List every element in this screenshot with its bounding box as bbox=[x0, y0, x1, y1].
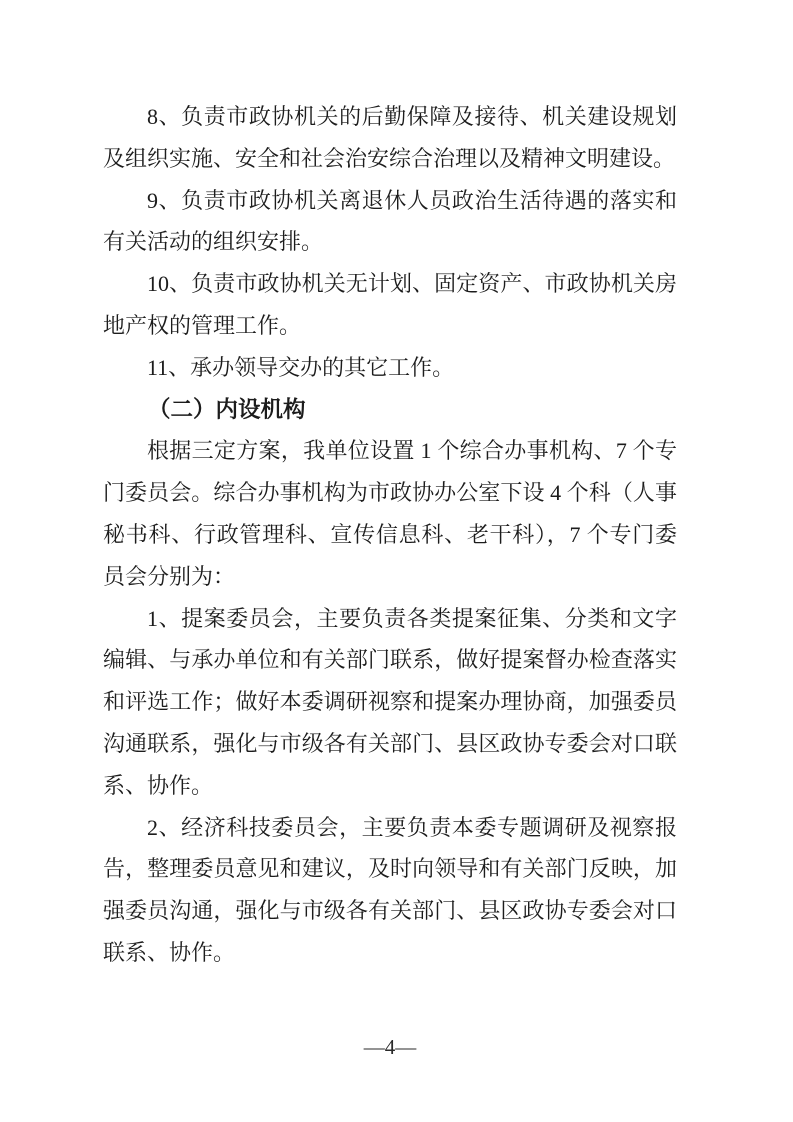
page-number: —4— bbox=[103, 1034, 677, 1060]
paragraph-committee-2: 2、经济科技委员会，主要负责本委专题调研及视察报告，整理委员意见和建议，及时向领… bbox=[103, 807, 677, 974]
paragraph-item-9: 9、负责市政协机关离退休人员政治生活待遇的落实和有关活动的组织安排。 bbox=[103, 180, 677, 264]
document-body: 8、负责市政协机关的后勤保障及接待、机关建设规划及组织实施、安全和社会治安综合治… bbox=[103, 96, 677, 974]
paragraph-item-10: 10、负责市政协机关无计划、固定资产、市政协机关房地产权的管理工作。 bbox=[103, 263, 677, 347]
paragraph-committee-1: 1、提案委员会，主要负责各类提案征集、分类和文字编辑、与承办单位和有关部门联系，… bbox=[103, 598, 677, 807]
document-page: 8、负责市政协机关的后勤保障及接待、机关建设规划及组织实施、安全和社会治安综合治… bbox=[0, 0, 793, 1122]
paragraph-item-8: 8、负责市政协机关的后勤保障及接待、机关建设规划及组织实施、安全和社会治安综合治… bbox=[103, 96, 677, 180]
paragraph-intro-setup: 根据三定方案，我单位设置 1 个综合办事机构、7 个专门委员会。综合办事机构为市… bbox=[103, 430, 677, 597]
paragraph-item-11: 11、承办领导交办的其它工作。 bbox=[103, 347, 677, 389]
section-heading-internal-organs: （二）内设机构 bbox=[103, 389, 677, 431]
